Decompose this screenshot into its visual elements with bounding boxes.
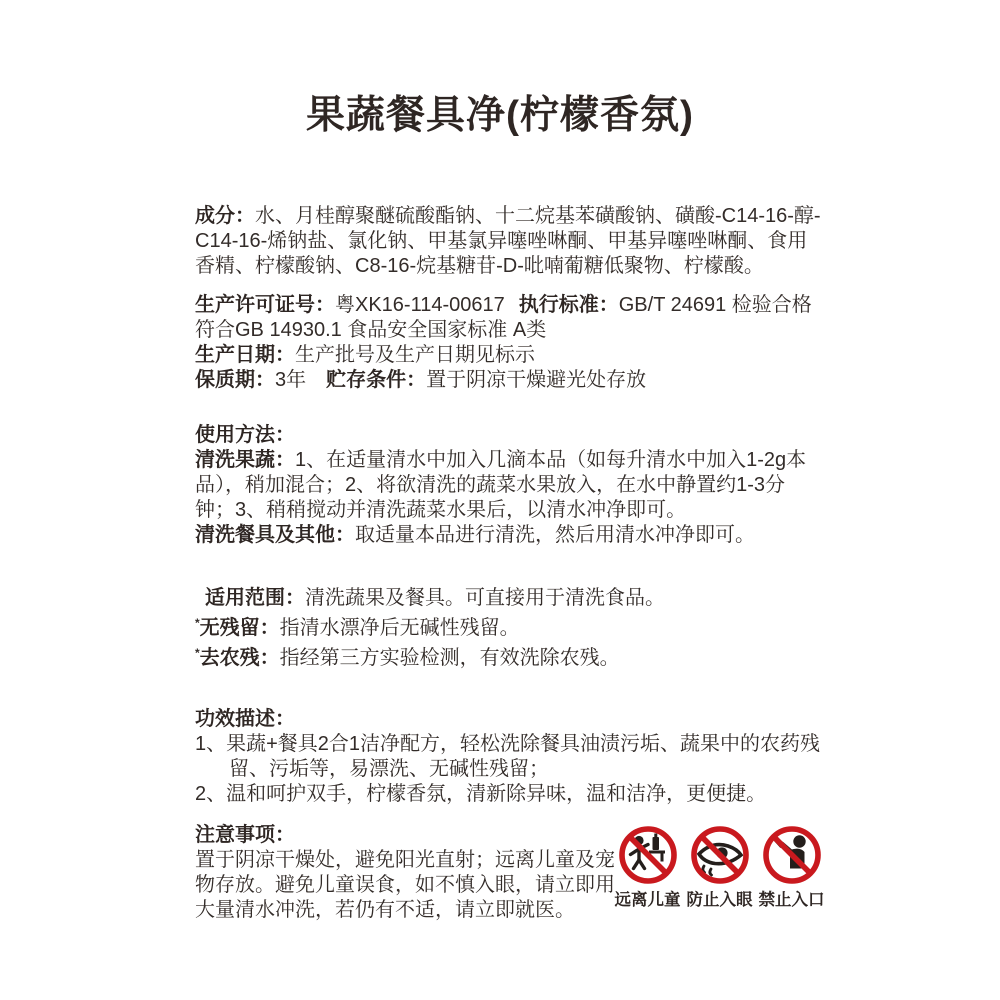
standard-value: GB/T 24691 检验合格 bbox=[619, 294, 812, 316]
cautions-text: 置于阴凉干燥处，避免阳光直射；远离儿童及宠 物存放。避免儿童误食，如不慎入眼，请… bbox=[195, 848, 615, 923]
icon-label: 防止入眼 bbox=[687, 888, 753, 913]
license-label: 生产许可证号： bbox=[195, 294, 335, 316]
avoid-eye-contact-icon bbox=[690, 825, 750, 885]
scope-note2-label: 去农残： bbox=[200, 647, 280, 669]
storage-label: 贮存条件： bbox=[326, 369, 426, 391]
scope-text: 清洗蔬果及餐具。可直接用于清洗食品。 bbox=[305, 587, 665, 609]
scope-note-residue: *无残留：指清水漂净后无碱性残留。 bbox=[195, 611, 825, 641]
standard-label: 执行标准： bbox=[519, 294, 619, 316]
production-date-value: 生产批号及生产日期见标示 bbox=[295, 344, 535, 366]
usage-fruit-label: 清洗果蔬： bbox=[195, 449, 295, 471]
scope-paragraph: 适用范围：清洗蔬果及餐具。可直接用于清洗食品。 bbox=[195, 586, 825, 611]
efficacy-item-1: 1、果蔬+餐具2合1洁净配方，轻松洗除餐具油渍污垢、蔬果中的农药残 留、污垢等，… bbox=[195, 732, 825, 782]
do-not-ingest-item: 禁止入口 bbox=[758, 825, 825, 913]
scope-note-pesticide: *去农残：指经第三方实验检测，有效洗除农残。 bbox=[195, 641, 825, 671]
prohibition-icons: 远离儿童 防止入眼 bbox=[614, 825, 825, 913]
efficacy-item-2: 2、温和呵护双手，柠檬香氛，清新除异味，温和洁净，更便捷。 bbox=[195, 782, 825, 807]
icon-label: 远离儿童 bbox=[615, 888, 681, 913]
production-info: 生产许可证号：粤XK16-114-00617执行标准：GB/T 24691 检验… bbox=[195, 293, 825, 393]
avoid-eye-contact-item: 防止入眼 bbox=[686, 825, 753, 913]
usage-fruit-paragraph: 清洗果蔬：1、在适量清水中加入几滴本品（如每升清水中加入1-2g本 品），稍加混… bbox=[195, 448, 825, 523]
compliance-text: 符合GB 14930.1 食品安全国家标准 A类 bbox=[195, 319, 546, 341]
shelf-life-label: 保质期： bbox=[195, 369, 275, 391]
do-not-ingest-icon bbox=[762, 825, 822, 885]
ingredients-text: 水、月桂醇聚醚硫酸酯钠、十二烷基苯磺酸钠、磺酸-C14-16-醇- C14-16… bbox=[195, 205, 821, 277]
efficacy-heading: 功效描述： bbox=[195, 707, 825, 732]
product-label-page: 果蔬餐具净(柠檬香氛) 成分：水、月桂醇聚醚硫酸酯钠、十二烷基苯磺酸钠、磺酸-C… bbox=[0, 0, 1000, 1000]
usage-dish-text: 取适量本品进行清洗，然后用清水冲净即可。 bbox=[355, 524, 755, 546]
license-value: 粤XK16-114-00617 bbox=[335, 294, 505, 316]
keep-away-from-children-icon bbox=[618, 825, 678, 885]
label-content: 成分：水、月桂醇聚醚硫酸酯钠、十二烷基苯磺酸钠、磺酸-C14-16-醇- C14… bbox=[195, 204, 825, 923]
usage-heading: 使用方法： bbox=[195, 423, 825, 448]
shelf-life-value: 3年 bbox=[275, 369, 306, 391]
scope-note1-label: 无残留： bbox=[200, 617, 280, 639]
keep-away-from-children-item: 远离儿童 bbox=[614, 825, 681, 913]
usage-dish-paragraph: 清洗餐具及其他：取适量本品进行清洗，然后用清水冲净即可。 bbox=[195, 523, 825, 548]
scope-label: 适用范围： bbox=[205, 587, 305, 609]
cautions-section: 注意事项： 置于阴凉干燥处，避免阳光直射；远离儿童及宠 物存放。避免儿童误食，如… bbox=[195, 823, 825, 923]
production-date-label: 生产日期： bbox=[195, 344, 295, 366]
ingredients-label: 成分： bbox=[195, 205, 255, 227]
efficacy-section: 功效描述： 1、果蔬+餐具2合1洁净配方，轻松洗除餐具油渍污垢、蔬果中的农药残 … bbox=[195, 707, 825, 807]
ingredients-paragraph: 成分：水、月桂醇聚醚硫酸酯钠、十二烷基苯磺酸钠、磺酸-C14-16-醇- C14… bbox=[195, 204, 825, 279]
usage-section: 使用方法： 清洗果蔬：1、在适量清水中加入几滴本品（如每升清水中加入1-2g本 … bbox=[195, 423, 825, 548]
icon-label: 禁止入口 bbox=[759, 888, 825, 913]
usage-dish-label: 清洗餐具及其他： bbox=[195, 524, 355, 546]
scope-note1-text: 指清水漂净后无碱性残留。 bbox=[280, 617, 520, 639]
scope-note2-text: 指经第三方实验检测，有效洗除农残。 bbox=[280, 647, 620, 669]
storage-value: 置于阴凉干燥避光处存放 bbox=[426, 369, 646, 391]
product-title: 果蔬餐具净(柠檬香氛) bbox=[0, 95, 1000, 138]
scope-section: 适用范围：清洗蔬果及餐具。可直接用于清洗食品。 *无残留：指清水漂净后无碱性残留… bbox=[195, 586, 825, 671]
